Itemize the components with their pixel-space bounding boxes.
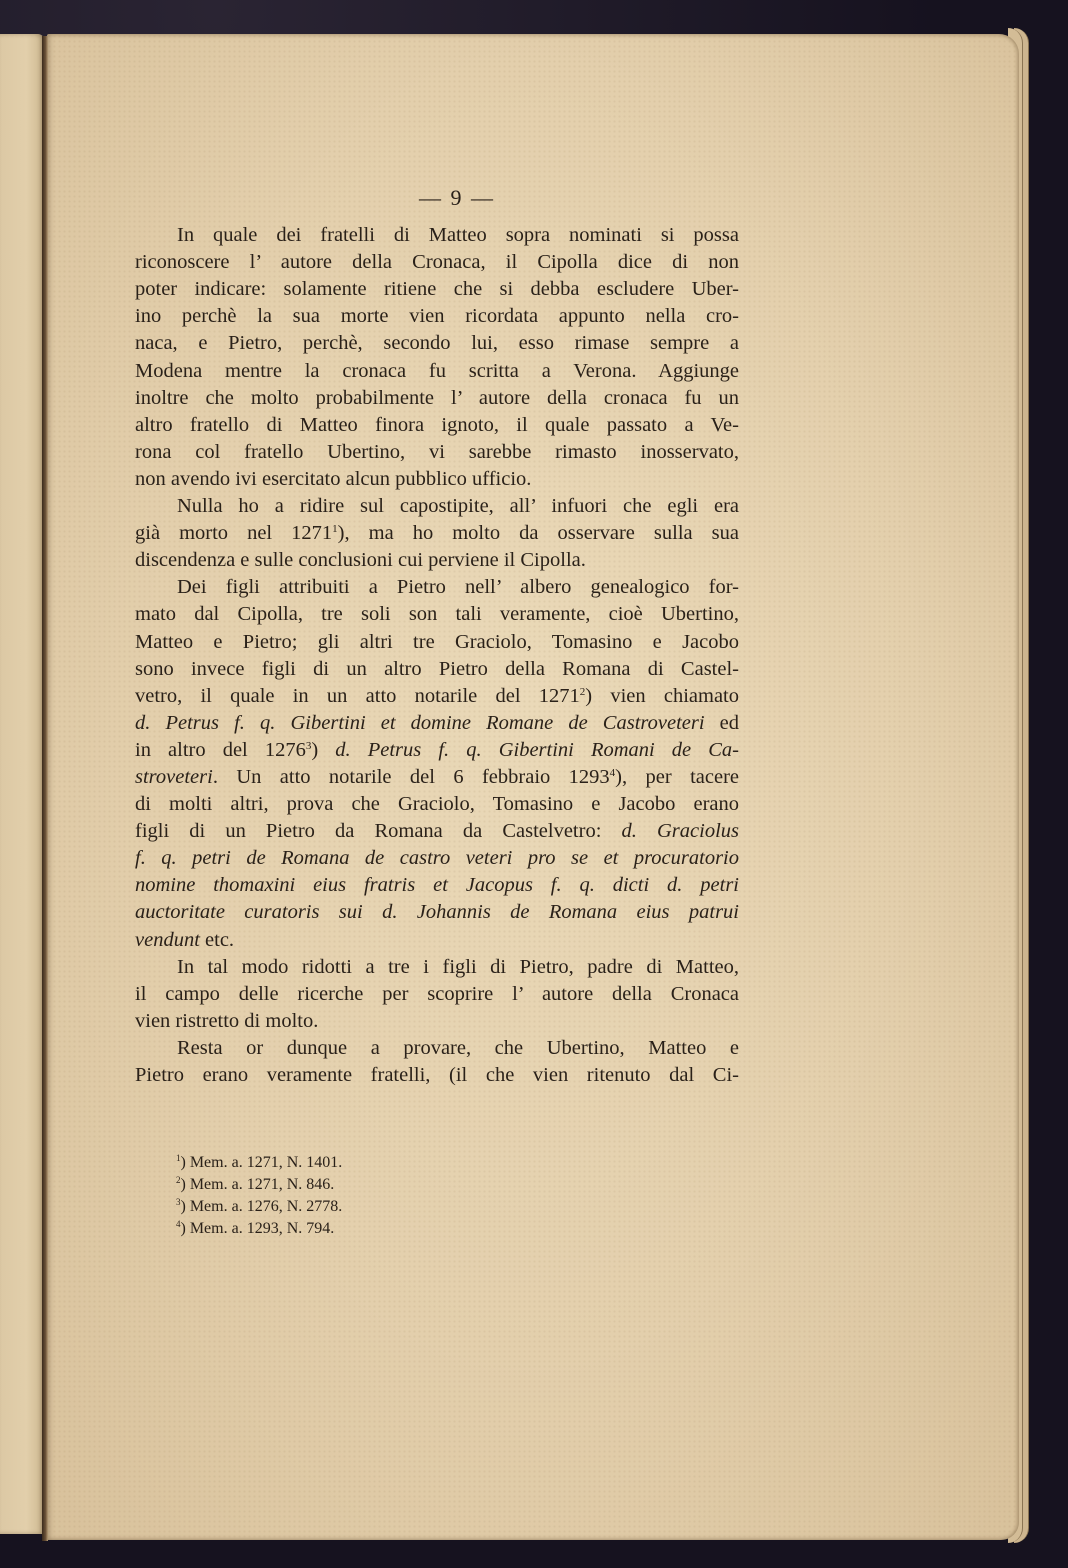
paragraph: Resta or dunque a provare, che Ubertino,… bbox=[135, 1035, 739, 1089]
text-line: Nulla ho a ridire sul capostipite, all’ … bbox=[135, 493, 739, 520]
paragraph: Dei figli attribuiti a Pietro nell’ albe… bbox=[135, 574, 739, 953]
text-line: altro fratello di Matteo finora ignoto, … bbox=[135, 412, 739, 439]
footnote-text: ) Mem. a. 1271, N. 1401. bbox=[181, 1154, 343, 1171]
text-line: vendunt etc. bbox=[135, 927, 739, 954]
text-run: ) bbox=[311, 739, 335, 761]
text-run: vetro, il quale in un atto notarile del … bbox=[135, 685, 580, 707]
latin-quote: f. q. petri de Romana de castro veteri p… bbox=[135, 847, 739, 869]
text-line: di molti altri, prova che Graciolo, Toma… bbox=[135, 791, 739, 818]
text-line: riconoscere l’ autore della Cronaca, il … bbox=[135, 249, 739, 276]
page-body: — 9 — In quale dei fratelli di Matteo so… bbox=[135, 184, 739, 1089]
footnote: 3) Mem. a. 1276, N. 2778. bbox=[176, 1196, 342, 1218]
text-line: vetro, il quale in un atto notarile del … bbox=[135, 683, 739, 710]
paragraph: Nulla ho a ridire sul capostipite, all’ … bbox=[135, 493, 739, 574]
text-line: Pietro erano veramente fratelli, (il che… bbox=[135, 1062, 739, 1089]
latin-quote: nomine thomaxini eius fratris et Jacopus… bbox=[135, 874, 739, 896]
paragraph: In tal modo ridotti a tre i figli di Pie… bbox=[135, 954, 739, 1035]
footnote-text: ) Mem. a. 1293, N. 794. bbox=[181, 1220, 335, 1237]
text-run: in altro del 1276 bbox=[135, 739, 306, 761]
text-line: poter indicare: solamente ritiene che si… bbox=[135, 276, 739, 303]
paragraph: In quale dei fratelli di Matteo sopra no… bbox=[135, 222, 739, 493]
text-run: ) vien chiamato bbox=[585, 685, 739, 707]
text-run: . Un atto notarile del 6 febbraio 1293 bbox=[213, 766, 610, 788]
footnote-text: ) Mem. a. 1276, N. 2778. bbox=[181, 1198, 343, 1215]
text-run: ), ma ho molto da osservare sulla sua bbox=[338, 522, 739, 544]
text-line: nomine thomaxini eius fratris et Jacopus… bbox=[135, 872, 739, 899]
latin-quote: d. Petrus f. q. Gibertini Romani de Ca- bbox=[335, 739, 739, 761]
text-line: In quale dei fratelli di Matteo sopra no… bbox=[135, 222, 739, 249]
text-line: in altro del 12763) d. Petrus f. q. Gibe… bbox=[135, 737, 739, 764]
text-line: non avendo ivi esercitato alcun pubblico… bbox=[135, 466, 739, 493]
text-line: In tal modo ridotti a tre i figli di Pie… bbox=[135, 954, 739, 981]
text-line: Modena mentre la cronaca fu scritta a Ve… bbox=[135, 358, 739, 385]
footnote: 1) Mem. a. 1271, N. 1401. bbox=[176, 1152, 342, 1174]
book-gutter bbox=[42, 36, 48, 1541]
page-number: — 9 — bbox=[135, 184, 739, 211]
latin-quote: auctoritate curatoris sui d. Johannis de… bbox=[135, 901, 739, 923]
text-run: figli di un Pietro da Romana da Castelve… bbox=[135, 820, 622, 842]
text-line: d. Petrus f. q. Gibertini et domine Roma… bbox=[135, 710, 739, 737]
text-run: già morto nel 1271 bbox=[135, 522, 332, 544]
text-line: Resta or dunque a provare, che Ubertino,… bbox=[135, 1035, 739, 1062]
text-line: discendenza e sulle conclusioni cui perv… bbox=[135, 547, 739, 574]
footnotes: 1) Mem. a. 1271, N. 1401. 2) Mem. a. 127… bbox=[176, 1152, 342, 1240]
footnote-text: ) Mem. a. 1271, N. 846. bbox=[181, 1176, 335, 1193]
latin-quote: stroveteri bbox=[135, 766, 213, 788]
text-line: Matteo e Pietro; gli altri tre Graciolo,… bbox=[135, 629, 739, 656]
text-line: il campo delle ricerche per scoprire l’ … bbox=[135, 981, 739, 1008]
latin-quote: d. Graciolus bbox=[622, 820, 739, 842]
footnote: 4) Mem. a. 1293, N. 794. bbox=[176, 1218, 342, 1240]
text-line: figli di un Pietro da Romana da Castelve… bbox=[135, 818, 739, 845]
text-line: mato dal Cipolla, tre soli son tali vera… bbox=[135, 601, 739, 628]
text-line: ino perchè la sua morte vien ricordata a… bbox=[135, 303, 739, 330]
text-line: inoltre che molto probabilmente l’ autor… bbox=[135, 385, 739, 412]
text-line: Dei figli attribuiti a Pietro nell’ albe… bbox=[135, 574, 739, 601]
text-line: vien ristretto di molto. bbox=[135, 1008, 739, 1035]
text-run: ed bbox=[705, 712, 739, 734]
text-run: etc. bbox=[200, 929, 234, 951]
text-line: auctoritate curatoris sui d. Johannis de… bbox=[135, 899, 739, 926]
latin-quote: vendunt bbox=[135, 929, 200, 951]
footnote: 2) Mem. a. 1271, N. 846. bbox=[176, 1174, 342, 1196]
text-line: già morto nel 12711), ma ho molto da oss… bbox=[135, 520, 739, 547]
latin-quote: d. Petrus f. q. Gibertini et domine Roma… bbox=[135, 712, 705, 734]
text-line: f. q. petri de Romana de castro veteri p… bbox=[135, 845, 739, 872]
text-run: ), per tacere bbox=[615, 766, 739, 788]
text-line: stroveteri. Un atto notarile del 6 febbr… bbox=[135, 764, 739, 791]
previous-page-edge bbox=[0, 34, 44, 1534]
text-line: naca, e Pietro, perchè, secondo lui, ess… bbox=[135, 330, 739, 357]
text-line: sono invece figli di un altro Pietro del… bbox=[135, 656, 739, 683]
text-line: rona col fratello Ubertino, vi sarebbe r… bbox=[135, 439, 739, 466]
